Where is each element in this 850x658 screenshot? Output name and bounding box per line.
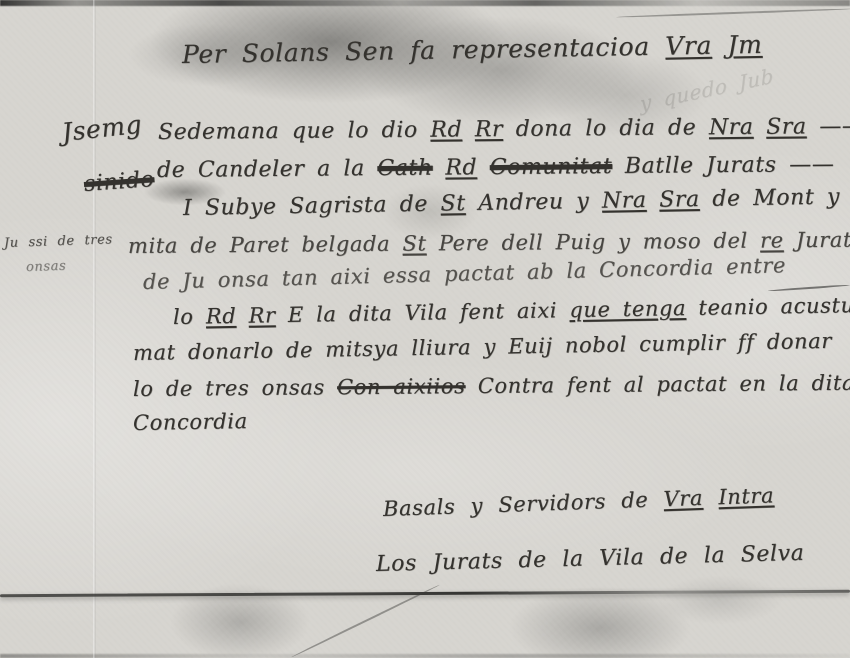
body-line: de Ju onsa tan aixi essa pactat ab la Co… <box>143 253 787 294</box>
text-segment: Rr <box>475 117 503 142</box>
text-segment <box>462 117 475 142</box>
body-line: mat donarlo de mitsya lliura y Euij nobo… <box>133 329 832 365</box>
text-segment: Vra <box>663 486 703 511</box>
text-segment: Rd <box>430 117 462 142</box>
margin-note-sinido-struck: sinido <box>83 167 155 197</box>
text-segment: Intra <box>718 483 775 509</box>
text-segment <box>477 155 490 180</box>
text-segment: Vra <box>665 31 712 61</box>
text-segment: de Ju onsa tan aixi essa pactat ab la Co… <box>143 253 787 294</box>
text-segment: St <box>402 231 426 255</box>
body-line: I Subye Sagrista de St Andreu y Nra Sra … <box>183 184 850 221</box>
text-segment: re <box>760 228 784 252</box>
text-segment: Jurats <box>784 228 850 253</box>
text-segment: Jsemg <box>60 110 143 147</box>
text-segment: Contra fent al pactat en la dita <box>465 371 850 398</box>
title-line: Per Solans Sen fa representacioa Vra Jm <box>182 30 763 69</box>
text-segment: Basals y Servidors de <box>383 487 664 521</box>
text-segment <box>646 188 659 213</box>
text-segment <box>236 304 249 328</box>
text-segment: Sedemana que lo dio <box>158 118 431 145</box>
text-segment: Andreu y <box>465 189 602 216</box>
text-segment: Rd <box>445 155 477 180</box>
bottom-edge-shadow <box>0 654 850 658</box>
text-segment: lo de tres onsas <box>133 375 337 401</box>
text-segment: Cath <box>377 156 433 181</box>
text-segment: mita de Paret belgada <box>128 232 403 258</box>
vertical-fold-line <box>93 0 96 658</box>
text-segment: Nra <box>602 188 647 214</box>
text-segment: St <box>440 191 466 216</box>
text-segment <box>703 485 719 510</box>
text-segment: Rr <box>248 303 275 327</box>
text-segment: Sra <box>766 114 807 139</box>
ghost-bleedthrough-text: y quedo Jub <box>639 63 774 116</box>
text-segment: Jm <box>727 30 762 60</box>
text-segment: de Mont y alar <box>700 184 850 212</box>
text-segment <box>753 115 766 140</box>
text-segment: Nra <box>709 115 754 140</box>
text-segment: I Subye Sagrista de <box>183 192 441 221</box>
text-segment: —— <box>807 114 850 140</box>
text-segment: que tenga <box>569 296 686 322</box>
text-segment: Per Solans Sen fa representacioa <box>182 32 666 69</box>
manuscript-scan: y quedo Jub Per Solans Sen fa representa… <box>0 0 850 658</box>
closing-line: Basals y Servidors de Vra Intra <box>383 483 775 521</box>
body-line: Concordia <box>133 409 248 435</box>
body-line: lo de tres onsas Con aixiios Contra fent… <box>133 371 850 401</box>
text-segment: Los Jurats de la Vila de la Selva <box>376 541 805 577</box>
text-segment: dona lo dia de <box>503 115 709 142</box>
closing-line: Los Jurats de la Vila de la Selva <box>376 541 805 577</box>
text-segment: Sra <box>659 187 700 213</box>
body-line: lo Rd Rr E la dita Vila fent aixi que te… <box>173 293 850 329</box>
body-line: Sedemana que lo dio Rd Rr dona lo dia de… <box>158 114 850 145</box>
text-segment: Con aixiios <box>337 374 466 399</box>
text-segment: y quedo Jub <box>639 63 774 116</box>
text-segment: Concordia <box>133 409 248 435</box>
margin-note-left-line2: onsas <box>26 259 67 275</box>
text-segment: sinido <box>83 167 155 197</box>
diagonal-crease-top <box>616 8 850 18</box>
text-segment: Rd <box>206 304 237 329</box>
text-segment: de Candeler a la <box>157 156 378 183</box>
text-segment <box>433 155 446 180</box>
body-line: de Candeler a la Cath Rd Comunitat Batll… <box>157 152 835 183</box>
text-segment <box>712 30 728 59</box>
text-segment: Pere dell Puig y moso del <box>426 228 760 255</box>
text-segment: lo <box>173 304 206 329</box>
text-segment: Comunitat <box>490 154 613 180</box>
top-edge-shadow <box>0 0 850 6</box>
margin-note-jsemg: Jsemg <box>60 110 143 147</box>
text-segment: mat donarlo de mitsya lliura y Euij nobo… <box>133 329 832 365</box>
text-segment: Batlle Jurats —— <box>612 152 834 179</box>
ink-flourish-line <box>768 284 850 292</box>
text-segment: E la dita Vila fent aixi <box>275 298 569 327</box>
text-segment: Ju ssi de tres <box>4 232 113 251</box>
margin-note-left-line1: Ju ssi de tres <box>4 232 113 251</box>
text-segment: teanio acustu- <box>686 293 850 320</box>
text-segment: onsas <box>26 259 67 275</box>
